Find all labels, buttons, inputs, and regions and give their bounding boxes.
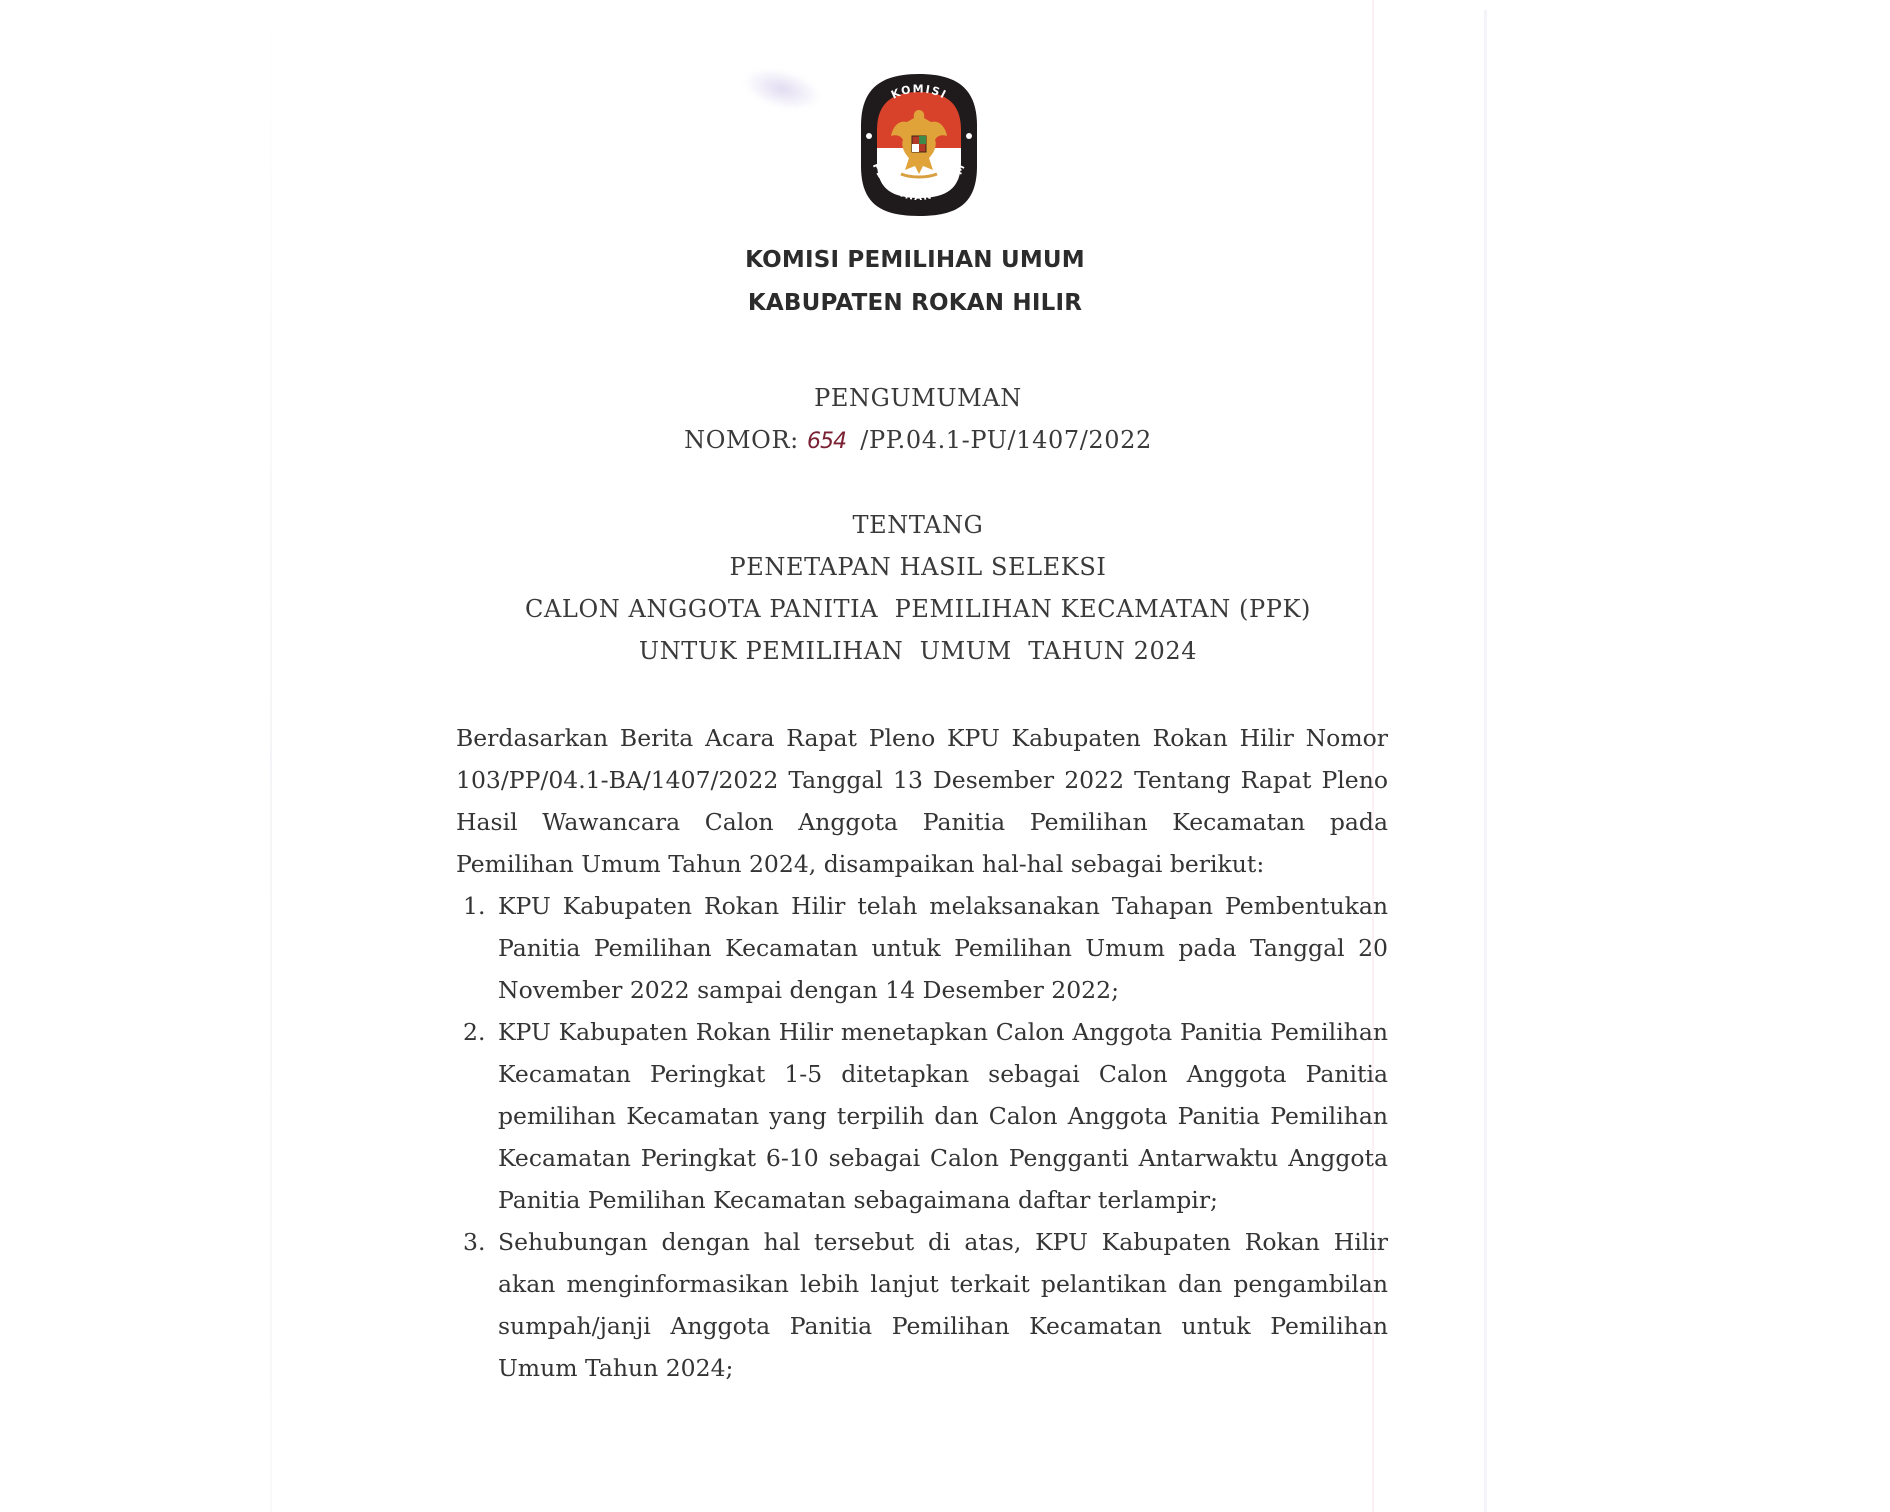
about-label: TENTANG <box>0 511 1836 539</box>
document-number: NOMOR: 654 /PP.04.1-PU/1407/2022 <box>0 426 1836 454</box>
points-list: 1. KPU Kabupaten Rokan Hilir telah melak… <box>456 885 1388 1389</box>
list-item: 2. KPU Kabupaten Rokan Hilir menetapkan … <box>456 1011 1388 1221</box>
list-item-text: KPU Kabupaten Rokan Hilir menetapkan Cal… <box>498 1018 1388 1214</box>
scan-smudge <box>739 61 826 117</box>
subject-line-3: UNTUK PEMILIHAN UMUM TAHUN 2024 <box>0 637 1836 665</box>
list-item-number: 1. <box>463 885 485 927</box>
number-prefix: NOMOR: <box>684 426 799 454</box>
subject-line-2: CALON ANGGOTA PANITIA PEMILIHAN KECAMATA… <box>0 595 1836 623</box>
list-item-number: 3. <box>463 1221 485 1263</box>
document-type: PENGUMUMAN <box>0 384 1836 412</box>
scan-page-edge-left <box>270 0 272 1512</box>
subject-line-1: PENETAPAN HASIL SELEKSI <box>0 553 1836 581</box>
list-item: 3. Sehubungan dengan hal tersebut di ata… <box>456 1221 1388 1389</box>
list-item-text: Sehubungan dengan hal tersebut di atas, … <box>498 1228 1388 1382</box>
list-item-number: 2. <box>463 1011 485 1053</box>
list-item-text: KPU Kabupaten Rokan Hilir telah melaksan… <box>498 892 1388 1004</box>
kpu-logo: KOMISI PEMILIHAN UMUM <box>857 70 981 220</box>
number-suffix: /PP.04.1-PU/1407/2022 <box>860 426 1152 454</box>
list-item: 1. KPU Kabupaten Rokan Hilir telah melak… <box>456 885 1388 1011</box>
scan-page-edge-right <box>1484 10 1487 1512</box>
intro-paragraph: Berdasarkan Berita Acara Rapat Pleno KPU… <box>456 717 1388 885</box>
document-body: Berdasarkan Berita Acara Rapat Pleno KPU… <box>456 717 1388 1389</box>
handwritten-number: 654 <box>807 429 846 454</box>
org-name: KOMISI PEMILIHAN UMUM <box>0 247 1830 273</box>
org-region: KABUPATEN ROKAN HILIR <box>0 290 1830 316</box>
